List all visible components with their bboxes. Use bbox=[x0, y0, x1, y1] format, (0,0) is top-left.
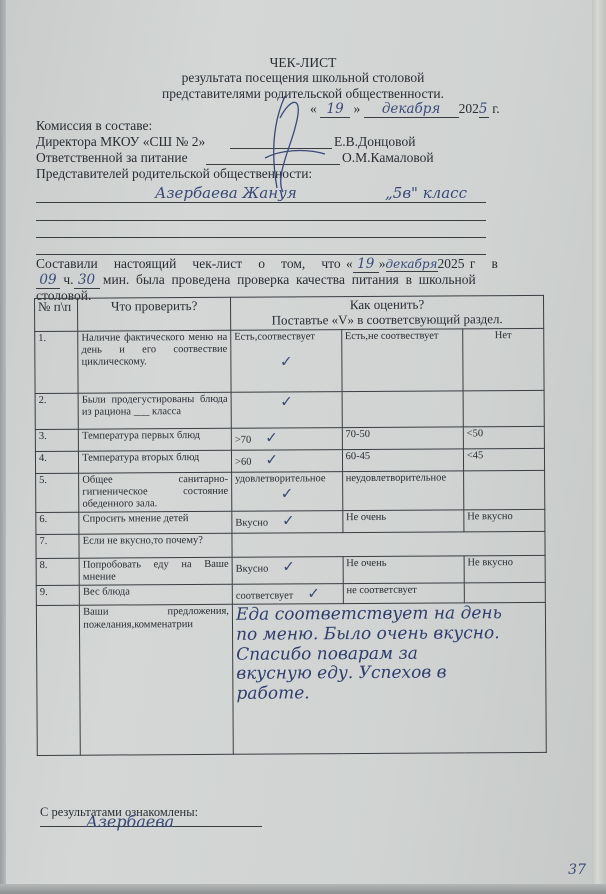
option-cell-3[interactable]: Не вкусно bbox=[464, 555, 545, 583]
option-cell-1[interactable]: Вкусно✓ bbox=[232, 511, 343, 534]
signature-mark bbox=[245, 88, 335, 198]
responsible-label: Ответственной за питание bbox=[36, 150, 188, 166]
row-question: Если не вкусно,то почему? bbox=[79, 533, 232, 558]
option-label: не соответсвует bbox=[346, 585, 416, 596]
row-number: 5. bbox=[36, 473, 79, 512]
option-cell-2[interactable]: Не очень bbox=[343, 556, 464, 584]
option-label: <45 bbox=[467, 450, 541, 463]
date-month: декабря bbox=[364, 101, 459, 118]
intro-hour: 09 bbox=[36, 272, 60, 289]
option-label: 60-45 bbox=[346, 451, 371, 462]
date-year-unit: г. bbox=[492, 101, 499, 116]
intro-day: 19 bbox=[353, 256, 379, 273]
option-label: Нет bbox=[466, 330, 540, 343]
checkmark-icon: ✓ bbox=[265, 451, 278, 468]
option-label: <50 bbox=[467, 428, 541, 441]
comment-line: по меню. Было очень вкусно. bbox=[236, 624, 542, 645]
option-label: Не вкусно bbox=[467, 511, 541, 524]
option-cell-2[interactable]: не соответсвует bbox=[343, 583, 464, 604]
row-number: 8. bbox=[36, 558, 79, 585]
date-year-suffix: 5 bbox=[479, 101, 489, 118]
row-question: Попробовать еду на Ваше мнение bbox=[79, 557, 232, 585]
option-cell-1[interactable]: соответсвует✓ bbox=[232, 584, 343, 605]
row-question: Температура первых блюд bbox=[79, 428, 232, 451]
option-cell-3[interactable]: <45 bbox=[463, 448, 544, 470]
option-cell-1[interactable]: ✓ bbox=[231, 391, 342, 428]
header-how-subtitle: Поставтье «V» в соответсвующий раздел. bbox=[234, 312, 540, 329]
option-cell-1[interactable]: Есть,соотвествует✓ bbox=[231, 329, 342, 392]
option-cell-2[interactable]: 60-45 bbox=[342, 449, 463, 472]
option-cell-2[interactable] bbox=[342, 391, 463, 428]
checkmark-icon: ✓ bbox=[235, 485, 339, 503]
option-label: Не очень bbox=[346, 558, 386, 569]
row-question: Температура вторых блюд bbox=[79, 450, 232, 473]
table-row: 1.Наличие фактического меню на день и ег… bbox=[35, 328, 544, 393]
option-cell-1[interactable]: Вкусно✓ bbox=[232, 557, 343, 585]
document-title: ЧЕК-ЛИСТ bbox=[0, 55, 606, 71]
document-subtitle-1: результата посещения школьной столовой bbox=[0, 70, 606, 86]
option-cell-3[interactable]: Нет bbox=[463, 328, 545, 390]
option-cell-1[interactable]: >60✓ bbox=[231, 449, 342, 472]
row-number: 2. bbox=[35, 393, 78, 429]
option-cell-1[interactable]: удовлетворительное✓ bbox=[232, 471, 343, 511]
intro-text-2: мин. была проведена проверка качества пи… bbox=[103, 272, 476, 287]
quote-close: » bbox=[354, 101, 361, 116]
option-label: удовлетворительное bbox=[235, 473, 326, 485]
row-number: 1. bbox=[35, 331, 79, 393]
intro-text-1: Составили настоящий чек-лист о том, что bbox=[36, 256, 341, 271]
row-question: Были продегустированы блюда из рациона _… bbox=[78, 392, 231, 429]
option-cell-1[interactable]: >70✓ bbox=[231, 427, 342, 450]
option-label: Вкусно bbox=[236, 564, 269, 575]
parent-name: Азербаева Жануя bbox=[155, 184, 297, 202]
parent-line-1 bbox=[36, 202, 486, 203]
comment-line: работе. bbox=[236, 683, 542, 704]
parent-class: „5в" класс bbox=[385, 184, 467, 202]
header-what-to-check: Что проверить? bbox=[78, 297, 231, 331]
row-question: Ваши предложения, пожелания,комменатрии bbox=[80, 605, 234, 756]
row-question: Наличие фактического меню на день и его … bbox=[78, 330, 231, 393]
option-label: Вкусно bbox=[235, 518, 268, 529]
page-number: 37 bbox=[568, 862, 586, 878]
table-row: 8.Попробовать еду на Ваше мнениеВкусно✓Н… bbox=[36, 555, 545, 585]
row-question: Спросить мнение детей bbox=[79, 511, 232, 534]
option-label: Не очень bbox=[346, 512, 386, 523]
table-row: 6.Спросить мнение детейВкусно✓Не оченьНе… bbox=[36, 509, 545, 534]
header-number: № п\п bbox=[35, 298, 78, 331]
intro-minute: 30 bbox=[74, 272, 100, 289]
option-cell-2[interactable]: 70-50 bbox=[342, 427, 463, 450]
table-header-row: № п\п Что проверить? Как оценить? Постав… bbox=[35, 295, 544, 331]
option-cell-3[interactable] bbox=[464, 583, 545, 604]
option-label: Есть,соотвествует bbox=[234, 331, 315, 342]
responsible-name: О.М.Камаловой bbox=[342, 150, 434, 166]
table-row: 2.Были продегустированы блюда из рациона… bbox=[35, 390, 544, 429]
table-row: 3.Температура первых блюд>70✓70-50<50 bbox=[35, 426, 544, 451]
option-label: >70 bbox=[235, 435, 251, 446]
row-number: 3. bbox=[35, 429, 78, 451]
page-edge bbox=[592, 0, 606, 894]
option-label: Есть,не соотвествует bbox=[345, 330, 439, 342]
option-cell-2[interactable]: неудовлетворительное bbox=[342, 471, 463, 511]
option-cell-3[interactable]: Не вкусно bbox=[464, 509, 545, 531]
director-name: Е.В.Донцовой bbox=[334, 134, 415, 150]
row-answer-merged bbox=[232, 531, 545, 557]
intro-line-2: 09 ч.30 мин. была проведена проверка кач… bbox=[36, 272, 476, 289]
table-row: Ваши предложения, пожелания,комменатрииЕ… bbox=[36, 603, 546, 756]
row-number: 7. bbox=[36, 534, 79, 558]
option-cell-3[interactable] bbox=[463, 470, 544, 510]
intro-line-1: Составили настоящий чек-лист о том, что … bbox=[36, 256, 498, 273]
checkmark-icon: ✓ bbox=[265, 429, 278, 446]
table-row: 4.Температура вторых блюд>60✓60-45<45 bbox=[35, 448, 544, 473]
checkmark-icon: ✓ bbox=[235, 393, 339, 411]
option-label: >60 bbox=[235, 457, 251, 468]
commission-label: Комиссия в составе: bbox=[36, 118, 152, 134]
option-label: 70-50 bbox=[345, 429, 370, 440]
intro-hour-unit: ч. bbox=[63, 272, 73, 287]
option-cell-3[interactable]: <50 bbox=[463, 426, 544, 448]
option-label: неудовлетворительное bbox=[346, 472, 447, 484]
parent-line-4 bbox=[36, 254, 486, 255]
row-number bbox=[36, 606, 80, 756]
row-number: 6. bbox=[36, 512, 79, 534]
director-label: Директора МКОУ «СШ № 2» bbox=[36, 134, 205, 150]
option-cell-3[interactable] bbox=[463, 390, 544, 426]
row-number: 9. bbox=[36, 585, 79, 606]
option-cell-2[interactable]: Есть,не соотвествует bbox=[341, 329, 463, 392]
option-label: соответсвует bbox=[236, 591, 294, 602]
page-bottom-shadow bbox=[0, 884, 606, 894]
intro-month: декабря bbox=[386, 257, 438, 272]
intro-year-unit: г в bbox=[470, 256, 498, 271]
checkmark-icon: ✓ bbox=[234, 353, 338, 371]
header-how-to-evaluate: Как оценить? Поставтье «V» в соответсвую… bbox=[230, 295, 543, 330]
option-label: Не вкусно bbox=[467, 557, 541, 570]
comment-line: Спасибо поварам за bbox=[236, 643, 542, 664]
comment-line: вкусную еду. Успехов в bbox=[236, 663, 542, 684]
checkmark-icon: ✓ bbox=[282, 558, 295, 575]
parent-line-3 bbox=[36, 237, 486, 238]
row-number: 4. bbox=[35, 451, 78, 473]
row-question: Общее санитарно-гигиеническое состояние … bbox=[79, 472, 232, 512]
intro-year: 2025 bbox=[438, 256, 465, 271]
option-cell-2[interactable]: Не очень bbox=[342, 510, 463, 533]
parent-line-2 bbox=[36, 220, 486, 221]
checkmark-icon: ✓ bbox=[282, 512, 295, 529]
table-row: 7.Если не вкусно,то почему? bbox=[36, 531, 545, 558]
row-question: Вес блюда bbox=[79, 584, 232, 605]
date-line: « 19 » декабря2025 г. bbox=[310, 101, 500, 118]
table-row: 5.Общее санитарно-гигиеническое состояни… bbox=[36, 470, 545, 512]
checklist-table: № п\п Что проверить? Как оценить? Постав… bbox=[34, 295, 547, 757]
comment-cell: Еда соответствует на деньпо меню. Было о… bbox=[232, 603, 546, 755]
date-year-prefix: 202 bbox=[459, 101, 479, 116]
acknowledged-signature: Азербаева bbox=[86, 812, 174, 831]
checkmark-icon: ✓ bbox=[307, 585, 320, 602]
